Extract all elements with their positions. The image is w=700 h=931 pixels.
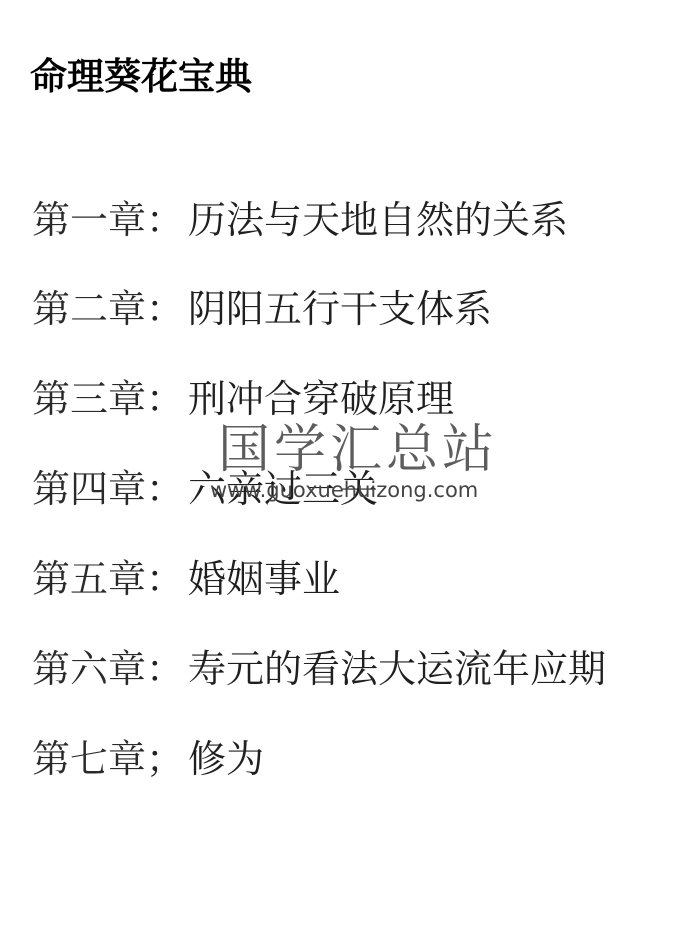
chapter-separator: ：	[146, 375, 188, 423]
toc-item-chapter-2: 第二章：阴阳五行干支体系	[32, 285, 606, 375]
chapter-title: 阴阳五行干支体系	[188, 285, 492, 333]
chapter-number: 第五章	[32, 555, 146, 603]
chapter-title: 修为	[188, 735, 264, 783]
toc-item-chapter-7: 第七章；修为	[32, 735, 606, 825]
chapter-number: 第一章	[32, 196, 146, 244]
toc-item-chapter-3: 第三章：刑冲合穿破原理	[32, 375, 606, 465]
chapter-title: 婚姻事业	[188, 555, 340, 603]
chapter-title: 寿元的看法大运流年应期	[188, 645, 606, 693]
toc-item-chapter-6: 第六章：寿元的看法大运流年应期	[32, 645, 606, 735]
chapter-separator: ：	[146, 465, 188, 513]
chapter-separator: ：	[146, 645, 188, 693]
chapter-number: 第二章	[32, 285, 146, 333]
chapter-title: 刑冲合穿破原理	[188, 375, 454, 423]
table-of-contents: 第一章：历法与天地自然的关系 第二章：阴阳五行干支体系 第三章：刑冲合穿破原理 …	[32, 196, 606, 825]
chapter-number: 第六章	[32, 645, 146, 693]
chapter-separator: ：	[146, 285, 188, 333]
chapter-separator: ：	[146, 555, 188, 603]
document-title: 命理葵花宝典	[30, 58, 252, 95]
chapter-separator: ：	[146, 196, 188, 244]
toc-item-chapter-1: 第一章：历法与天地自然的关系	[32, 196, 606, 286]
chapter-number: 第四章	[32, 465, 146, 513]
toc-item-chapter-5: 第五章：婚姻事业	[32, 555, 606, 645]
chapter-title: 六亲过三关	[188, 465, 378, 513]
toc-item-chapter-4: 第四章：六亲过三关	[32, 465, 606, 555]
chapter-separator: ；	[146, 735, 188, 783]
chapter-number: 第七章	[32, 735, 146, 783]
chapter-title: 历法与天地自然的关系	[188, 196, 568, 244]
chapter-number: 第三章	[32, 375, 146, 423]
